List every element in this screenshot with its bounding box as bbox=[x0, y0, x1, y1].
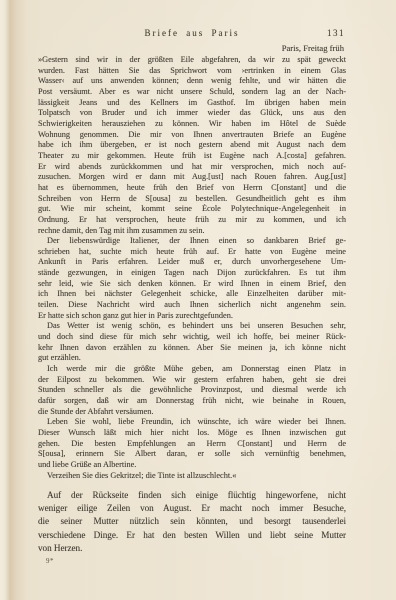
letter-line: wurden. Fast hätten Sie das Sprichwort v… bbox=[38, 66, 346, 77]
narrative-line: weniger eilige Zeilen von August. Er mac… bbox=[38, 502, 346, 515]
letter-paragraph: Leben Sie wohl, liebe Freundin, ich wüns… bbox=[38, 417, 346, 470]
letter-paragraph: Das Wetter ist wenig schön, es behindert… bbox=[38, 321, 346, 364]
letter-line: kehr Ihnen davon erzählen zu können. Abe… bbox=[38, 343, 346, 354]
letter-line: Schreiben von Herrn de S[ousa] zu bestel… bbox=[38, 194, 346, 205]
narrative-paragraph: Auf der Rückseite finden sich einige flü… bbox=[38, 489, 346, 555]
letter-line: Er wird abends zurückkommen und hat mir … bbox=[38, 162, 346, 173]
narrative-line: von Herzen. bbox=[38, 542, 346, 555]
letter-line: Wohnung genommen. Die mir von Ihnen anve… bbox=[38, 130, 346, 141]
letter-line: hat es übernommen, heute früh den Brief … bbox=[38, 183, 346, 194]
letter-line: Das Wetter ist wenig schön, es behindert… bbox=[38, 321, 346, 332]
running-header-title: Briefe aus Paris bbox=[38, 28, 346, 38]
letter-line: Leben Sie wohl, liebe Freundin, ich wüns… bbox=[38, 417, 346, 428]
letter-line: die Stunde der Abfahrt versäumen. bbox=[38, 407, 346, 418]
letter-dateline: Paris, Freitag früh bbox=[38, 43, 344, 53]
letter-line: Tolpatsch von Bruder und ich immer wiede… bbox=[38, 108, 346, 119]
printers-signature-mark: 9* bbox=[46, 557, 54, 565]
letter-line: sehr leid, wie Sie sich denken können. E… bbox=[38, 279, 346, 290]
letter-line: Wasser‹ auf uns anwenden können; denn we… bbox=[38, 76, 346, 87]
letter-line: Post versäumt. Aber es war nicht unsere … bbox=[38, 87, 346, 98]
letter-line: gut erzählen. bbox=[38, 353, 346, 364]
letter-line: rechne damit, den Tag mit ihm zusammen z… bbox=[38, 226, 346, 237]
letter-line: Er hatte sich schon ganz gut hier in Par… bbox=[38, 311, 346, 322]
letter-line: Ich werde mir die größte Mühe geben, am … bbox=[38, 364, 346, 375]
letter-paragraph: Der liebenswürdige Italiener, der Ihnen … bbox=[38, 236, 346, 321]
letter-line: und liebe Grüße an Albertine. bbox=[38, 460, 346, 471]
letter-body: »Gestern sind wir in der größten Eile ab… bbox=[38, 55, 346, 481]
letter-line: ich Ihnen bei nächster Gelegenheit schic… bbox=[38, 289, 346, 300]
letter-line: Theater zu mir gekommen. Heute früh ist … bbox=[38, 151, 346, 162]
letter-line: Dieser Wunsch läßt mich hier nicht los. … bbox=[38, 428, 346, 439]
letter-paragraph: Verzeihen Sie dies Gekritzel; die Tinte … bbox=[38, 471, 346, 482]
letter-line: »Gestern sind wir in der größten Eile ab… bbox=[38, 55, 346, 66]
letter-line: Ankunft in Paris erfahren. Leider muß er… bbox=[38, 257, 346, 268]
letter-line: stände gezwungen, in einigen Tagen nach … bbox=[38, 268, 346, 279]
letter-line: Der liebenswürdige Italiener, der Ihnen … bbox=[38, 236, 346, 247]
letter-line: Ordnung. Er hat versprochen, heute früh … bbox=[38, 215, 346, 226]
narrative-line: Auf der Rückseite finden sich einige flü… bbox=[38, 489, 346, 502]
letter-line: habe ich ihm übergeben, er ist noch gest… bbox=[38, 140, 346, 151]
letter-line: lässigkeit Jeans und des Kellners im Gas… bbox=[38, 98, 346, 109]
letter-paragraph: Ich werde mir die größte Mühe geben, am … bbox=[38, 364, 346, 417]
letter-line: S[ousa], erinnern Sie Albert daran, er s… bbox=[38, 449, 346, 460]
letter-line: Verzeihen Sie dies Gekritzel; die Tinte … bbox=[38, 471, 346, 482]
letter-line: gut. Wie mir scheint, kommt seine École … bbox=[38, 204, 346, 215]
letter-line: Stunden schneller als die gewöhnliche Pr… bbox=[38, 385, 346, 396]
page-number: 131 bbox=[327, 28, 345, 38]
letter-line: schrieben hat, suchte mich heute früh au… bbox=[38, 247, 346, 258]
letter-line: teilen. Diese Nachricht wird auch Ihnen … bbox=[38, 300, 346, 311]
letter-line: und doch sind diese für mich sehr wichti… bbox=[38, 332, 346, 343]
letter-line: Schwierigkeiten herausziehen zu können. … bbox=[38, 119, 346, 130]
running-header: Briefe aus Paris 131 bbox=[38, 28, 346, 40]
letter-line: zusuchen. Morgen wird er dann mit Aug.[u… bbox=[38, 172, 346, 183]
book-page: Briefe aus Paris 131 Paris, Freitag früh… bbox=[0, 0, 396, 600]
letter-line: dafür sorgen, daß wir am Donnerstag früh… bbox=[38, 396, 346, 407]
narrative-line: verschiedene Dinge. Er hat den besten Wi… bbox=[38, 529, 346, 542]
letter-line: der Eilpost zu bekommen. Wie wir gestern… bbox=[38, 375, 346, 386]
letter-line: gehen. Die besten Empfehlungen an Herrn … bbox=[38, 439, 346, 450]
narrative-line: die seiner Mutter nützlich sein könnten,… bbox=[38, 515, 346, 528]
letter-paragraph: »Gestern sind wir in der größten Eile ab… bbox=[38, 55, 346, 236]
